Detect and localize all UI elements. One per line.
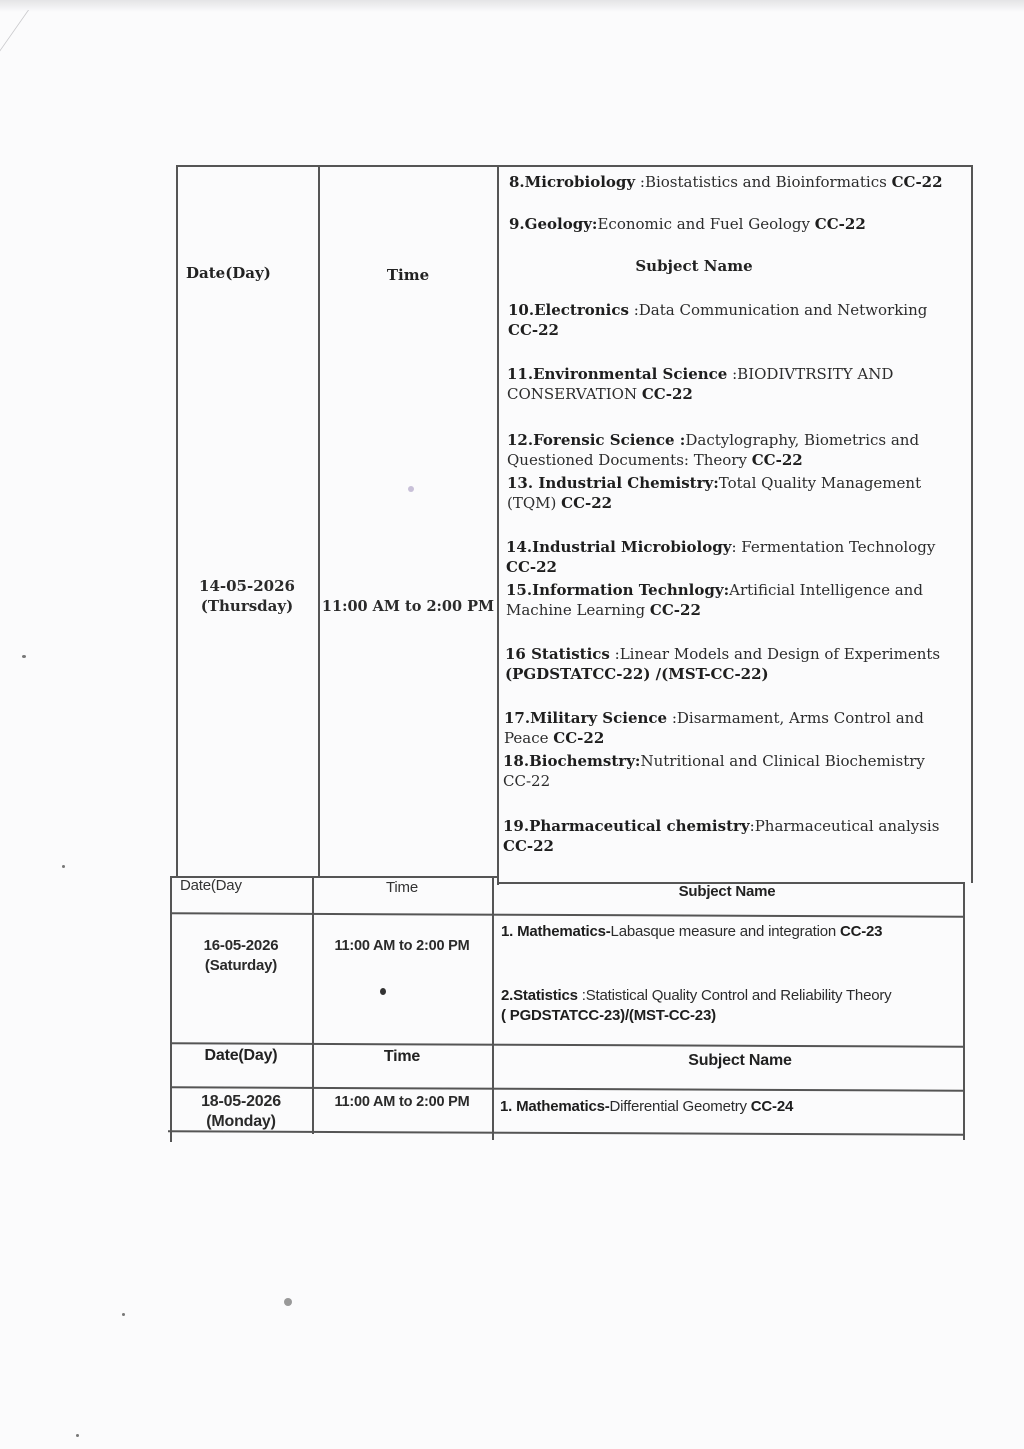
- subject-code: CC-22: [650, 601, 701, 619]
- subject-sep: :: [667, 709, 677, 727]
- subject-sep: :: [610, 645, 620, 663]
- time-cell-3: 11:00 AM to 2:00 PM: [312, 1094, 492, 1110]
- table-border-top: [177, 165, 973, 167]
- subject-item: 11.Environmental Science :BIODIVTRSITY A…: [507, 364, 927, 404]
- table-border-right: [963, 882, 965, 1140]
- subject-sep: :: [727, 365, 737, 383]
- scan-speck: [284, 1298, 292, 1306]
- header-subject: Subject Name: [492, 1052, 988, 1070]
- subject-sep: :: [635, 173, 645, 191]
- subject-label: 14.Industrial Microbiology: [506, 538, 731, 556]
- subject-item: 15.Information Technlogy:Artificial Inte…: [506, 580, 946, 620]
- day-value: (Saturday): [170, 956, 312, 976]
- subject-item: 17.Military Science :Disarmament, Arms C…: [504, 708, 944, 748]
- subject-text: Statistical Quality Control and Reliabil…: [586, 987, 892, 1004]
- subject-code: CC-22: [642, 385, 693, 403]
- date-value: 14-05-2026: [176, 576, 318, 596]
- subject-code: CC-22: [503, 837, 554, 855]
- subject-item: 1. Mathematics-Labasque measure and inte…: [501, 922, 946, 942]
- subject-label: 9.Geology:: [509, 215, 597, 233]
- header-time: Time: [312, 879, 492, 896]
- subject-code: CC-22: [508, 321, 559, 339]
- subject-text: Labasque measure and integration: [611, 923, 840, 940]
- subject-item: 16 Statistics :Linear Models and Design …: [505, 644, 957, 684]
- subject-label: 16 Statistics: [505, 645, 610, 663]
- scan-speck: [76, 1434, 79, 1437]
- subject-label: 8.Microbiology: [509, 173, 635, 191]
- subject-code: CC-22: [561, 494, 612, 512]
- date-cell-1: 14-05-2026 (Thursday): [176, 576, 318, 616]
- subject-code: ( PGDSTATCC-23)/(MST-CC-23): [501, 1007, 716, 1024]
- subject-label: 1. Mathematics-: [501, 923, 611, 940]
- scan-speck: [408, 486, 414, 492]
- subject-item: 18.Biochemstry:Nutritional and Clinical …: [503, 751, 943, 791]
- day-value: (Thursday): [176, 596, 318, 616]
- subject-label: 13. Industrial Chemistry:: [507, 474, 719, 492]
- subject-label: 17.Military Science: [504, 709, 667, 727]
- page-fold-mark: [0, 10, 109, 110]
- day-value: (Monday): [170, 1112, 312, 1132]
- subject-text: Pharmaceutical analysis: [755, 817, 940, 835]
- col-divider-time-subject: [492, 878, 494, 1140]
- subject-item: 2.Statistics :Statistical Quality Contro…: [501, 986, 941, 1026]
- subject-item: 9.Geology:Economic and Fuel Geology CC-2…: [509, 214, 959, 234]
- subject-code: CC-22: [892, 173, 943, 191]
- subject-code: CC-22: [553, 729, 604, 747]
- subject-item: 14.Industrial Microbiology: Fermentation…: [506, 537, 958, 577]
- header-date: Date(Day): [186, 264, 271, 282]
- subject-item: 13. Industrial Chemistry:Total Quality M…: [507, 473, 947, 513]
- scan-speck: [62, 865, 65, 868]
- table-border-bottom: [168, 1130, 964, 1135]
- date-cell-2: 16-05-2026 (Saturday): [170, 936, 312, 976]
- subject-code: CC-22: [752, 451, 803, 469]
- subject-code: CC-22: [815, 215, 866, 233]
- date-cell-3: 18-05-2026 (Monday): [170, 1092, 312, 1132]
- subject-label: 10.Electronics: [508, 301, 629, 319]
- subject-item: 10.Electronics :Data Communication and N…: [508, 300, 948, 340]
- subject-item: 12.Forensic Science :Dactylography, Biom…: [507, 430, 947, 470]
- subject-text: Biostatistics and Bioinformatics: [645, 173, 892, 191]
- subject-code: CC-23: [840, 923, 882, 940]
- subject-item: 1. Mathematics-Differential Geometry CC-…: [500, 1097, 940, 1117]
- subject-label: 1. Mathematics-: [500, 1098, 610, 1115]
- subject-text: Differential Geometry: [610, 1098, 751, 1115]
- row-divider: [170, 912, 964, 917]
- subject-text: Fermentation Technology: [741, 538, 935, 556]
- header-time: Time: [312, 1048, 492, 1066]
- header-subject: Subject Name: [492, 883, 962, 900]
- date-value: 16-05-2026: [170, 936, 312, 956]
- subject-text: Economic and Fuel Geology: [597, 215, 814, 233]
- scan-speck: [122, 1313, 125, 1316]
- header-time: Time: [318, 266, 498, 284]
- subject-item: 8.Microbiology :Biostatistics and Bioinf…: [509, 172, 959, 192]
- subject-sep: :: [731, 538, 741, 556]
- subject-label: 18.Biochemstry:: [503, 752, 640, 770]
- time-cell-2: 11:00 AM to 2:00 PM: [312, 938, 492, 954]
- table-border-left: [176, 165, 178, 877]
- scan-speck: [380, 988, 386, 995]
- scan-speck: [22, 655, 26, 658]
- header-date: Date(Day): [170, 1047, 312, 1065]
- subject-code: CC-22: [506, 558, 557, 576]
- header-date: Date(Day: [180, 877, 242, 894]
- subject-sep: :: [578, 987, 586, 1004]
- subject-label: 2.Statistics: [501, 987, 578, 1004]
- row-divider: [170, 1086, 964, 1091]
- page-top-edge: [0, 0, 1024, 12]
- date-value: 18-05-2026: [170, 1092, 312, 1112]
- time-cell-1: 11:00 AM to 2:00 PM: [318, 598, 498, 615]
- subject-label: 19.Pharmaceutical chemistry: [503, 817, 750, 835]
- subject-sep: :: [629, 301, 639, 319]
- subject-item: 19.Pharmaceutical chemistry:Pharmaceutic…: [503, 816, 955, 856]
- subject-label: 15.Information Technlogy:: [506, 581, 729, 599]
- table-border-right: [971, 165, 973, 883]
- header-subject: Subject Name: [497, 257, 891, 275]
- subject-text: Linear Models and Design of Experiments: [620, 645, 940, 663]
- subject-text: Data Communication and Networking: [639, 301, 928, 319]
- subject-label: 12.Forensic Science :: [507, 431, 685, 449]
- subject-code: (PGDSTATCC-22) /(MST-CC-22): [505, 665, 769, 683]
- subject-code: CC-24: [751, 1098, 793, 1115]
- subject-label: 11.Environmental Science: [507, 365, 727, 383]
